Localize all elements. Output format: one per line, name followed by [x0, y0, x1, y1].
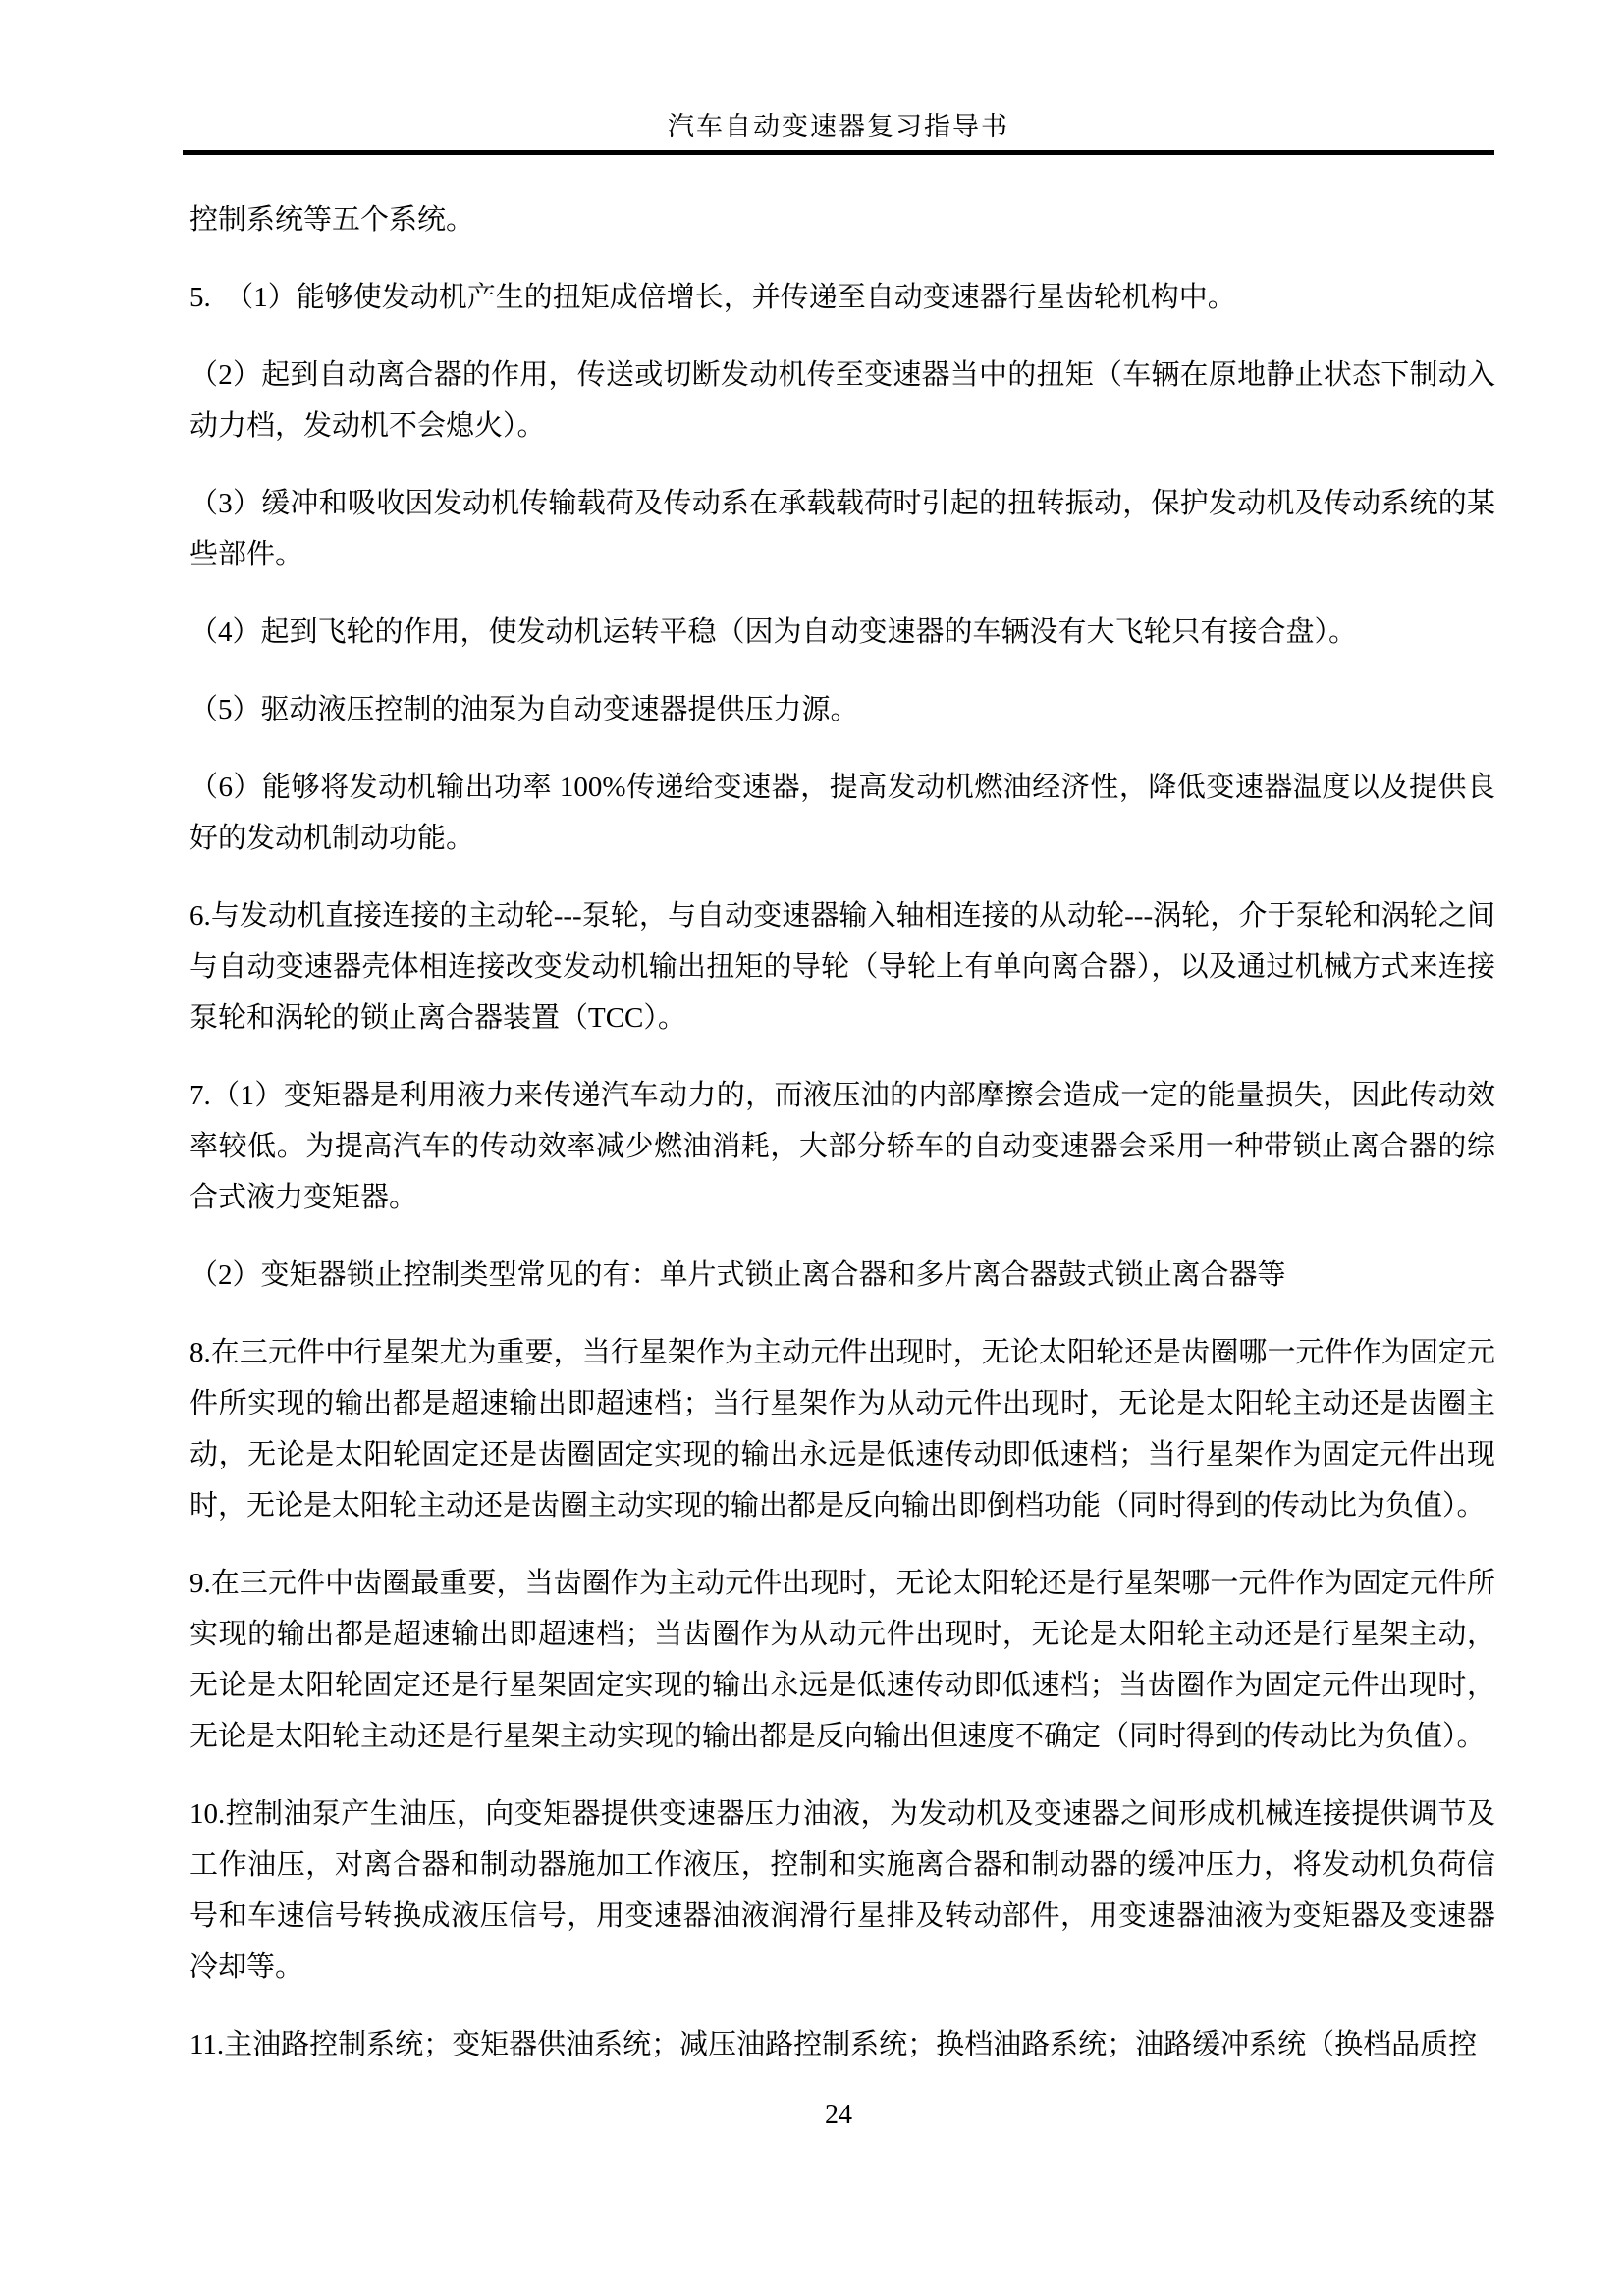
- paragraph: 8.在三元件中行星架尤为重要，当行星架作为主动元件出现时，无论太阳轮还是齿圈哪一…: [189, 1327, 1495, 1531]
- paragraph: 11.主油路控制系统；变矩器供油系统；减压油路控制系统；换档油路系统；油路缓冲系…: [189, 2019, 1495, 2070]
- paragraph: （5）驱动液压控制的油泵为自动变速器提供压力源。: [189, 684, 1495, 735]
- page-number: 24: [183, 2099, 1494, 2132]
- paragraph: （4）起到飞轮的作用，使发动机运转平稳（因为自动变速器的车辆没有大飞轮只有接合盘…: [189, 607, 1495, 658]
- document-page: 汽车自动变速器复习指导书 控制系统等五个系统。 5. （1）能够使发动机产生的扭…: [0, 0, 1624, 2296]
- paragraph: （2）起到自动离合器的作用，传送或切断发动机传至变速器当中的扭矩（车辆在原地静止…: [189, 349, 1495, 452]
- paragraph: 10.控制油泵产生油压，向变矩器提供变速器压力油液，为发动机及变速器之间形成机械…: [189, 1789, 1495, 1993]
- paragraph: 5. （1）能够使发动机产生的扭矩成倍增长，并传递至自动变速器行星齿轮机构中。: [189, 272, 1495, 323]
- paragraph: 9.在三元件中齿圈最重要，当齿圈作为主动元件出现时，无论太阳轮还是行星架哪一元件…: [189, 1558, 1495, 1762]
- paragraph: （2）变矩器锁止控制类型常见的有：单片式锁止离合器和多片离合器鼓式锁止离合器等: [189, 1250, 1495, 1301]
- paragraph: 6.与发动机直接连接的主动轮---泵轮，与自动变速器输入轴相连接的从动轮---涡…: [189, 890, 1495, 1043]
- header-title: 汽车自动变速器复习指导书: [183, 110, 1494, 155]
- document-body: 控制系统等五个系统。 5. （1）能够使发动机产生的扭矩成倍增长，并传递至自动变…: [189, 194, 1495, 2097]
- paragraph: （6）能够将发动机输出功率 100%传递给变速器，提高发动机燃油经济性，降低变速…: [189, 762, 1495, 864]
- paragraph: 控制系统等五个系统。: [189, 194, 1495, 245]
- paragraph: 7.（1）变矩器是利用液力来传递汽车动力的，而液压油的内部摩擦会造成一定的能量损…: [189, 1070, 1495, 1223]
- paragraph: （3）缓冲和吸收因发动机传输载荷及传动系在承载载荷时引起的扭转振动，保护发动机及…: [189, 478, 1495, 580]
